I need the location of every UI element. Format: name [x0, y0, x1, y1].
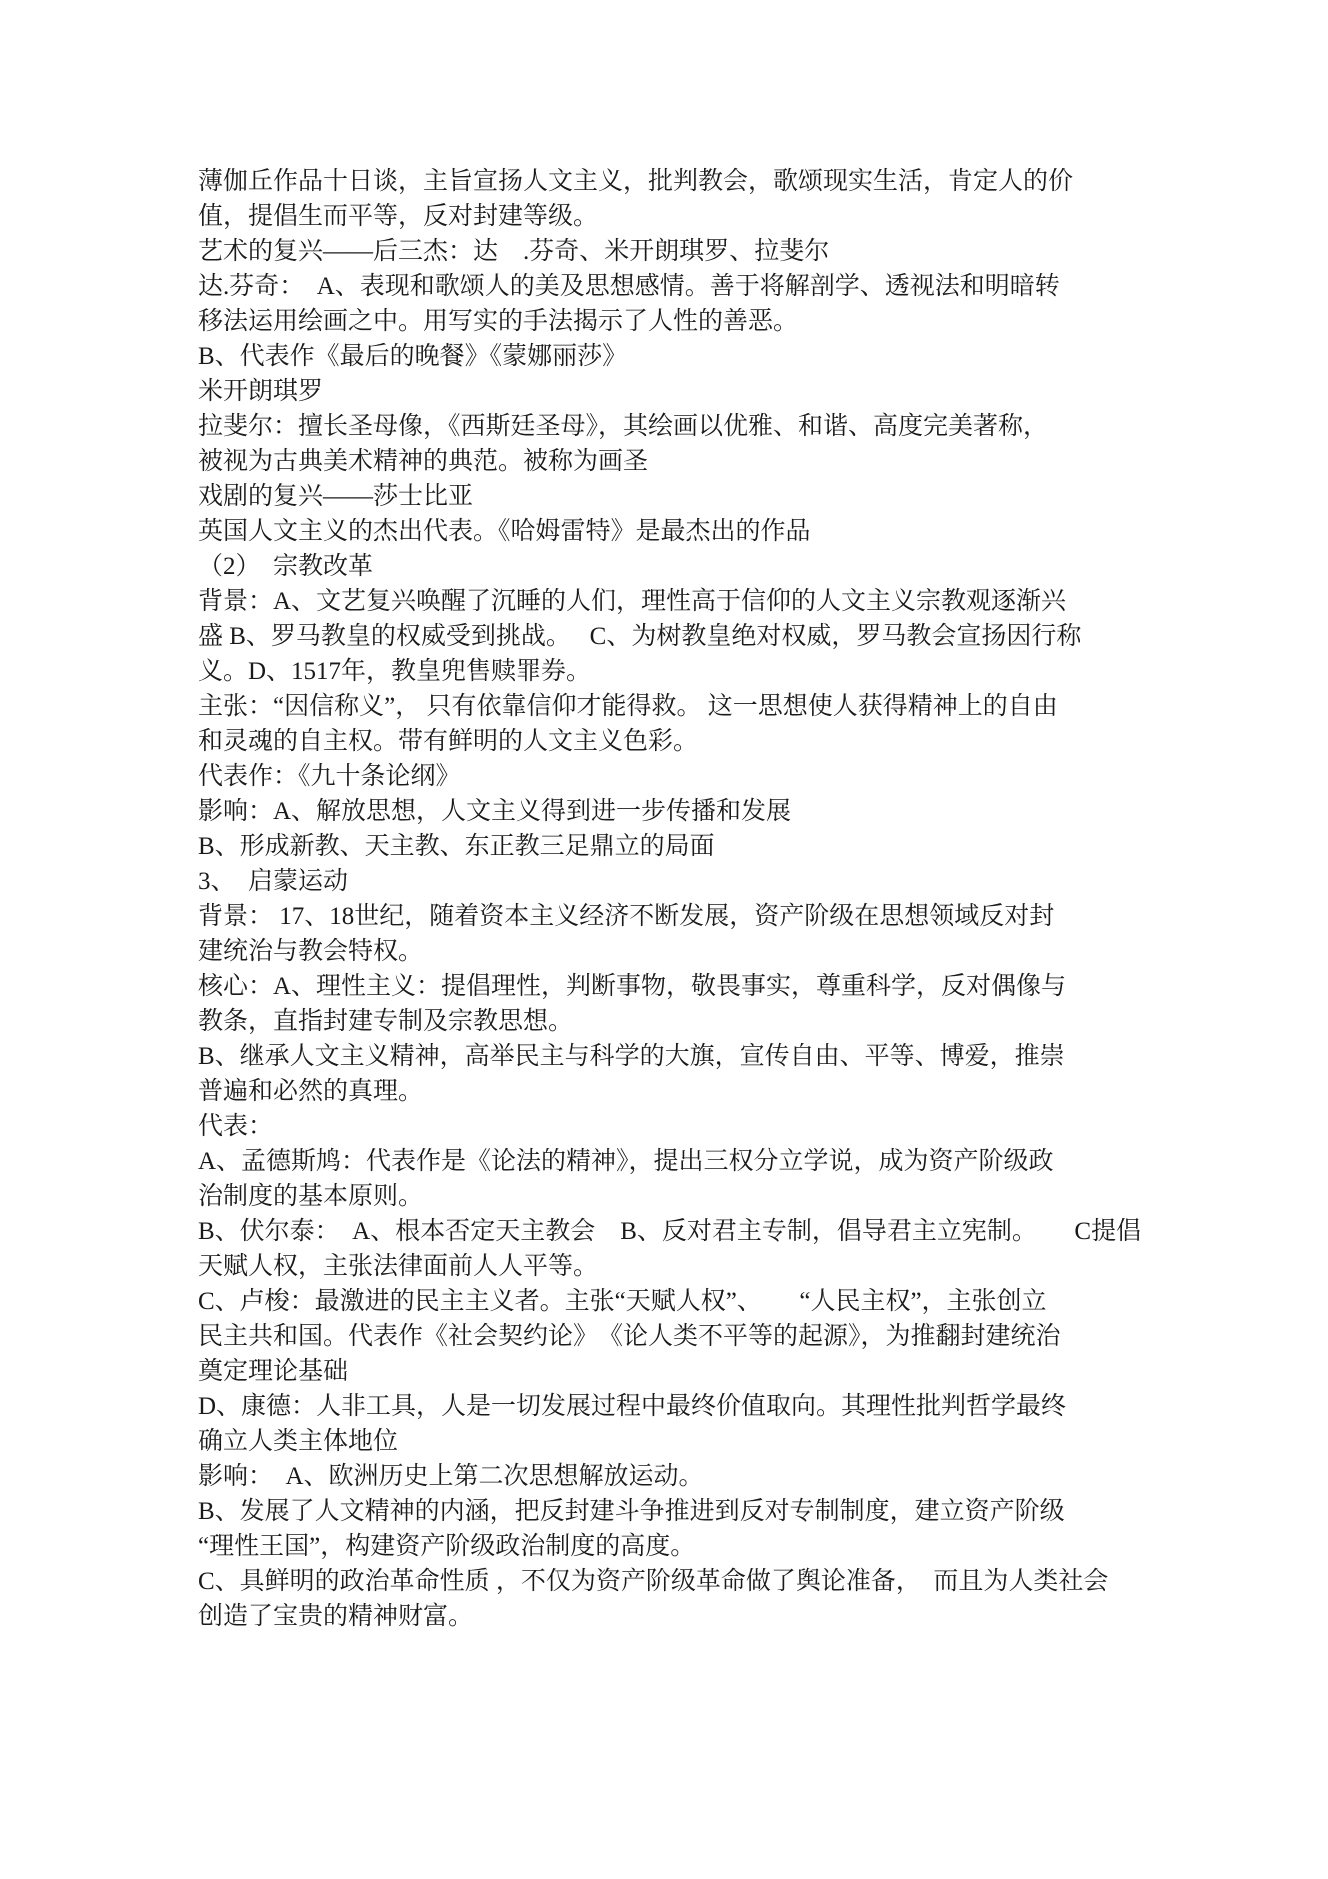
text-line-13: 背景：A、文艺复兴唤醒了沉睡的人们，理性高于信仰的人文主义宗教观逐渐兴	[198, 584, 1208, 619]
text-line-9: 被视为古典美术精神的典范。被称为画圣	[198, 444, 1208, 479]
text-line-19: 影响：A、解放思想，人文主义得到进一步传播和发展	[198, 794, 1208, 829]
text-line-21: 3、 启蒙运动	[198, 864, 1208, 899]
text-line-12: （2） 宗教改革	[198, 549, 1208, 584]
text-line-10: 戏剧的复兴——莎士比亚	[198, 479, 1208, 514]
text-line-17: 和灵魂的自主权。带有鲜明的人文主义色彩。	[198, 724, 1208, 759]
text-line-11: 英国人文主义的杰出代表。《哈姆雷特》是最杰出的作品	[198, 514, 1208, 549]
text-line-30: 治制度的基本原则。	[198, 1179, 1208, 1214]
text-line-24: 核心：A、理性主义：提倡理性，判断事物，敬畏事实，尊重科学，反对偶像与	[198, 969, 1208, 1004]
text-line-27: 普遍和必然的真理。	[198, 1074, 1208, 1109]
text-line-16: 主张：“因信称义”， 只有依靠信仰才能得救。 这一思想使人获得精神上的自由	[198, 689, 1208, 724]
text-line-34: 民主共和国。代表作《社会契约论》 《论人类不平等的起源》，为推翻封建统治	[198, 1319, 1208, 1354]
text-line-42: 创造了宝贵的精神财富。	[198, 1599, 1208, 1634]
document-text-block: 薄伽丘作品十日谈，主旨宣扬人文主义，批判教会，歌颂现实生活，肯定人的价值，提倡生…	[198, 164, 1208, 1634]
text-line-14: 盛 B、罗马教皇的权威受到挑战。 C、为树教皇绝对权威，罗马教会宣扬因行称	[198, 619, 1208, 654]
text-line-23: 建统治与教会特权。	[198, 934, 1208, 969]
text-line-31: B、伏尔泰： A、根本否定天主教会 B、反对君主专制，倡导君主立宪制。 C提倡	[198, 1214, 1208, 1249]
text-line-37: 确立人类主体地位	[198, 1424, 1208, 1459]
text-line-1: 薄伽丘作品十日谈，主旨宣扬人文主义，批判教会，歌颂现实生活，肯定人的价	[198, 164, 1208, 199]
text-line-29: A、孟德斯鸠：代表作是《论法的精神》，提出三权分立学说，成为资产阶级政	[198, 1144, 1208, 1179]
text-line-7: 米开朗琪罗	[198, 374, 1208, 409]
text-line-32: 天赋人权，主张法律面前人人平等。	[198, 1249, 1208, 1284]
text-line-39: B、发展了人文精神的内涵，把反封建斗争推进到反对专制制度，建立资产阶级	[198, 1494, 1208, 1529]
text-line-35: 奠定理论基础	[198, 1354, 1208, 1389]
text-line-26: B、继承人文主义精神，高举民主与科学的大旗，宣传自由、平等、博爱，推崇	[198, 1039, 1208, 1074]
text-line-3: 艺术的复兴——后三杰：达 .芬奇、米开朗琪罗、拉斐尔	[198, 234, 1208, 269]
text-line-41: C、具鲜明的政治革命性质 ，不仅为资产阶级革命做了舆论准备， 而且为人类社会	[198, 1564, 1208, 1599]
text-line-33: C、卢梭：最激进的民主主义者。主张“天赋人权”、 “人民主权”，主张创立	[198, 1284, 1208, 1319]
text-line-8: 拉斐尔：擅长圣母像，《西斯廷圣母》，其绘画以优雅、和谐、高度完美著称，	[198, 409, 1208, 444]
text-line-15: 义。D、1517年，教皇兜售赎罪券。	[198, 654, 1208, 689]
text-line-2: 值，提倡生而平等，反对封建等级。	[198, 199, 1208, 234]
text-line-38: 影响： A、欧洲历史上第二次思想解放运动。	[198, 1459, 1208, 1494]
document-page: 薄伽丘作品十日谈，主旨宣扬人文主义，批判教会，歌颂现实生活，肯定人的价值，提倡生…	[0, 0, 1328, 1879]
text-line-25: 教条，直指封建专制及宗教思想。	[198, 1004, 1208, 1039]
text-line-28: 代表：	[198, 1109, 1208, 1144]
text-line-20: B、形成新教、天主教、东正教三足鼎立的局面	[198, 829, 1208, 864]
text-line-36: D、康德：人非工具，人是一切发展过程中最终价值取向。其理性批判哲学最终	[198, 1389, 1208, 1424]
text-line-6: B、代表作《最后的晚餐》《蒙娜丽莎》	[198, 339, 1208, 374]
text-line-18: 代表作：《九十条论纲》	[198, 759, 1208, 794]
text-line-4: 达.芬奇： A、表现和歌颂人的美及思想感情。善于将解剖学、透视法和明暗转	[198, 269, 1208, 304]
text-line-5: 移法运用绘画之中。用写实的手法揭示了人性的善恶。	[198, 304, 1208, 339]
text-line-22: 背景： 17、18世纪，随着资本主义经济不断发展，资产阶级在思想领域反对封	[198, 899, 1208, 934]
text-line-40: “理性王国”，构建资产阶级政治制度的高度。	[198, 1529, 1208, 1564]
